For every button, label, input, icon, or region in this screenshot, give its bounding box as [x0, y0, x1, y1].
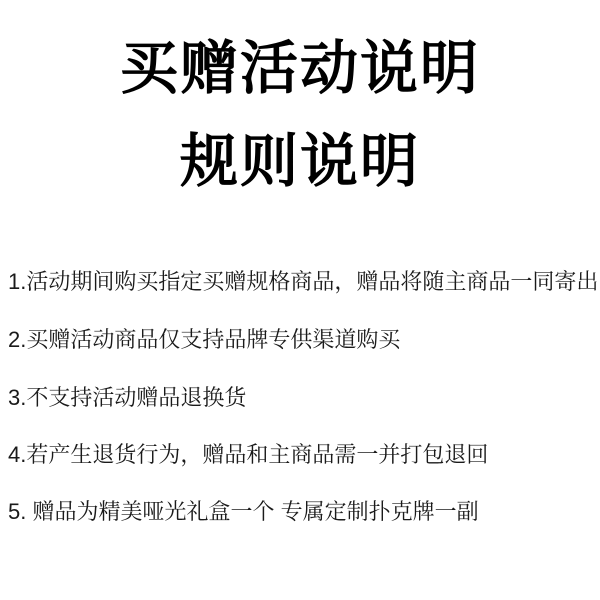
gift-activity-notice-page: 买赠活动说明 规则说明 1.活动期间购买指定买赠规格商品，赠品将随主商品一同寄出… [0, 0, 600, 600]
page-title-line-2: 规则说明 [0, 133, 600, 191]
rule-item-2: 2.买赠活动商品仅支持品牌专供渠道购买 [8, 328, 596, 352]
page-title-line-1: 买赠活动说明 [0, 40, 600, 98]
rule-item-1: 1.活动期间购买指定买赠规格商品，赠品将随主商品一同寄出 [8, 270, 596, 294]
rule-item-3: 3.不支持活动赠品退换货 [8, 386, 596, 410]
rule-item-5: 5. 赠品为精美哑光礼盒一个 专属定制扑克牌一副 [8, 500, 596, 524]
rule-item-4: 4.若产生退货行为，赠品和主商品需一并打包退回 [8, 443, 596, 467]
